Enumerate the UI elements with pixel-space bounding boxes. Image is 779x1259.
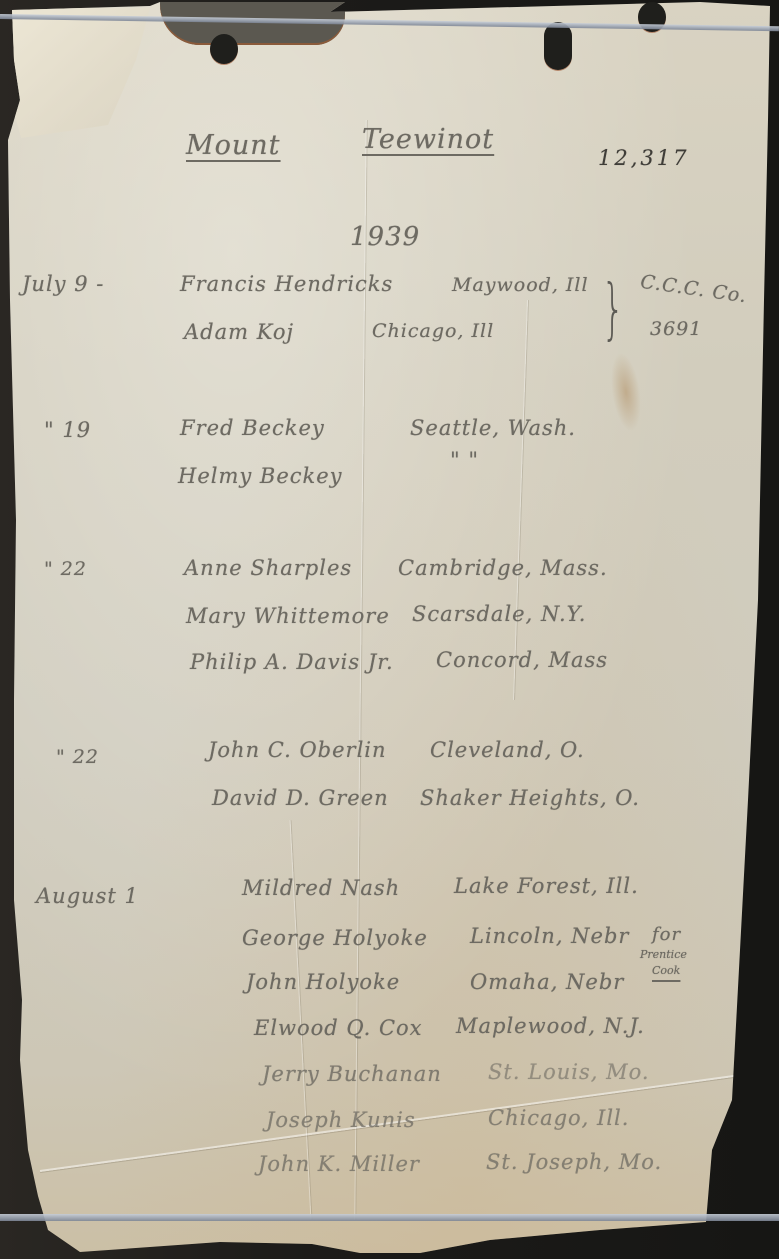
entry-name: Adam Koj bbox=[184, 320, 294, 344]
entry-place: Maywood, Ill bbox=[452, 274, 589, 296]
date-july-9: July 9 - bbox=[22, 272, 104, 296]
entry-name: Elwood Q. Cox bbox=[254, 1016, 423, 1040]
side-note-prentice: Prentice bbox=[640, 948, 687, 961]
entry-name: Jerry Buchanan bbox=[262, 1062, 442, 1086]
brace-bracket: } bbox=[601, 270, 624, 347]
water-stain bbox=[607, 350, 646, 433]
folded-corner bbox=[10, 8, 150, 138]
date-22-second: " 22 bbox=[56, 746, 99, 768]
entry-place: Concord, Mass bbox=[436, 648, 608, 672]
date-22: " 22 bbox=[44, 558, 87, 580]
entry-name: David D. Green bbox=[212, 786, 389, 810]
side-note-cook: Cook bbox=[652, 964, 680, 977]
side-note-for: for bbox=[652, 924, 681, 945]
entry-place: Lincoln, Nebr bbox=[470, 924, 629, 948]
entry-place: Cleveland, O. bbox=[430, 738, 585, 762]
entry-name: John K. Miller bbox=[258, 1152, 420, 1176]
title-mount: Mount bbox=[186, 130, 281, 161]
title-teewinot: Teewinot bbox=[362, 124, 494, 155]
date-august-1: August 1 bbox=[36, 884, 139, 908]
entry-place: Shaker Heights, O. bbox=[420, 786, 640, 810]
entry-name: Joseph Kunis bbox=[266, 1108, 416, 1132]
entry-place: St. Joseph, Mo. bbox=[486, 1150, 662, 1174]
elevation: 12,317 bbox=[598, 146, 689, 170]
date-19: " 19 bbox=[44, 418, 91, 442]
entry-place: Seattle, Wash. bbox=[410, 416, 576, 440]
entry-place: Chicago, Ill bbox=[372, 320, 494, 342]
entry-name: Philip A. Davis Jr. bbox=[190, 650, 394, 674]
entry-name: George Holyoke bbox=[242, 926, 428, 950]
year: 1939 bbox=[350, 222, 420, 252]
entry-place: Maplewood, N.J. bbox=[456, 1014, 645, 1038]
entry-place: Lake Forest, Ill. bbox=[454, 874, 639, 898]
entry-name: Anne Sharples bbox=[184, 556, 352, 580]
hanging-wire-bottom bbox=[0, 1214, 779, 1221]
ditto-marks: " " bbox=[450, 448, 479, 472]
ccc-company: C.C.C. Co. bbox=[639, 271, 748, 308]
entry-name: John C. Oberlin bbox=[208, 738, 387, 762]
entry-place: Chicago, Ill. bbox=[488, 1106, 629, 1130]
entry-name: John Holyoke bbox=[246, 970, 400, 994]
entry-name: Mildred Nash bbox=[242, 876, 400, 900]
punch-hole bbox=[544, 22, 572, 70]
entry-name: Helmy Beckey bbox=[178, 464, 343, 488]
entry-name: Fred Beckey bbox=[180, 416, 325, 440]
punch-hole bbox=[210, 34, 238, 64]
entry-place: Omaha, Nebr bbox=[470, 970, 624, 994]
crease-vertical-right bbox=[513, 300, 528, 700]
entry-name: Mary Whittemore bbox=[186, 604, 390, 628]
ccc-number: 3691 bbox=[650, 318, 702, 340]
entry-place: Cambridge, Mass. bbox=[398, 556, 608, 580]
entry-place: St. Louis, Mo. bbox=[488, 1060, 650, 1084]
entry-place: Scarsdale, N.Y. bbox=[412, 602, 586, 626]
entry-name: Francis Hendricks bbox=[180, 272, 393, 296]
paper-sheet: Mount Teewinot 12,317 1939 July 9 - Fran… bbox=[0, 0, 779, 1259]
